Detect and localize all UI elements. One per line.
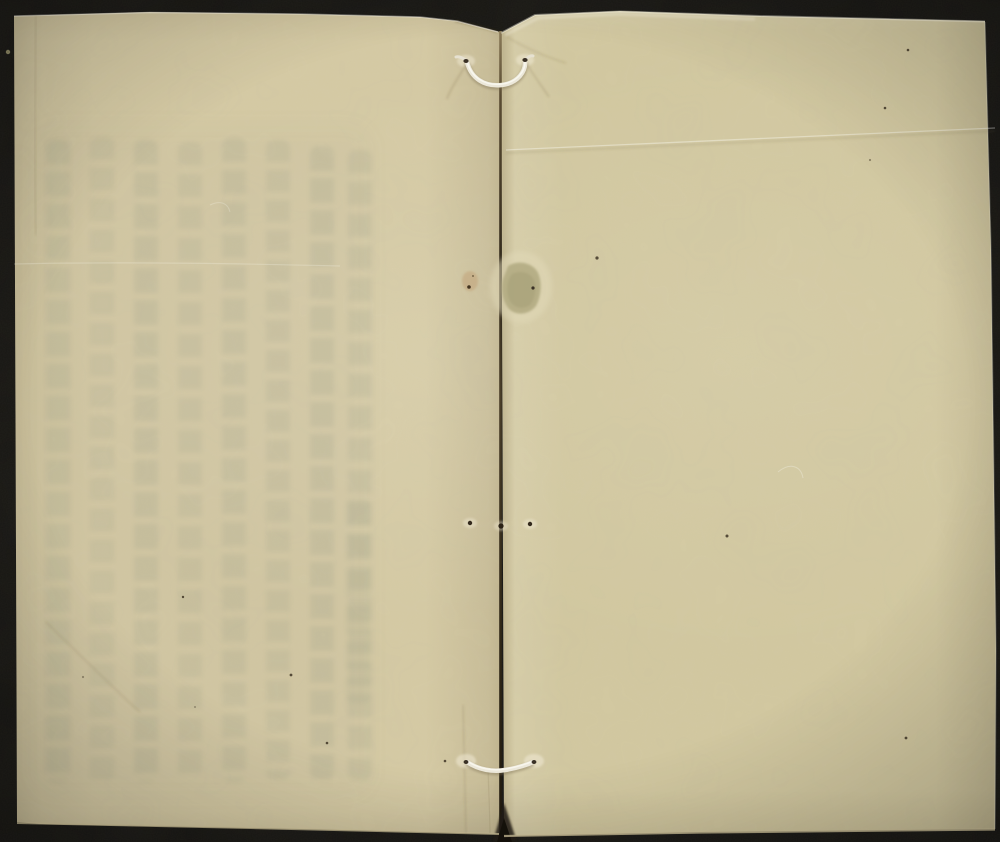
- ghost-text-column: [134, 140, 158, 782]
- ghost-text-column: [266, 140, 290, 780]
- ghost-text-column: [90, 137, 114, 783]
- scan-background: [0, 0, 1000, 842]
- ghost-text-column: [310, 146, 334, 780]
- margin-speck: [6, 50, 10, 54]
- ghost-text-column: [46, 140, 70, 782]
- ghost-text-column: [222, 138, 246, 782]
- ghost-text-column: [178, 142, 202, 780]
- ghost-text-column: [346, 498, 370, 703]
